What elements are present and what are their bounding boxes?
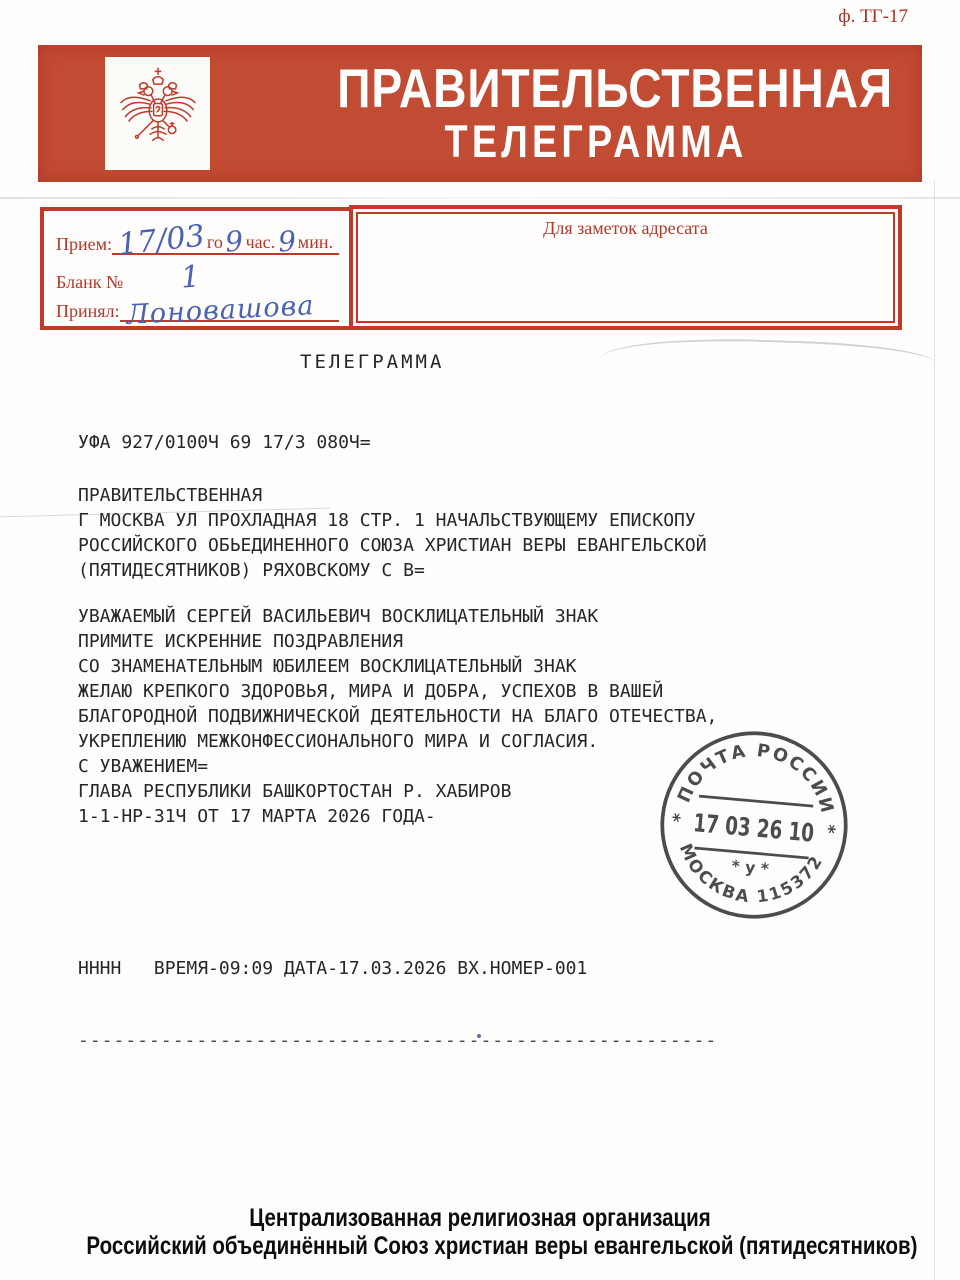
priem-handwritten-date: 17/03 [117, 222, 206, 261]
banner-title-line2: ТЕЛЕГРАММА [337, 117, 854, 167]
organization-footer-line1: Централизованная религиозная организация [86, 1204, 873, 1232]
prinyal-label: Принял: [56, 301, 120, 322]
banner-titles: ПРАВИТЕЛЬСТВЕННАЯ ТЕЛЕГРАММА [337, 59, 854, 167]
hours-label: час. [246, 232, 276, 253]
telegram-body-block: УВАЖАЕМЫЙ СЕРГЕЙ ВАСИЛЬЕВИЧ ВОСКЛИЦАТЕЛЬ… [78, 604, 717, 829]
paper-edge-line [934, 180, 935, 1280]
organization-footer: Централизованная религиозная организация… [86, 1204, 873, 1261]
prinyal-underline: Лоновашова [120, 293, 339, 322]
stamp-index-mark: * у * [731, 856, 770, 878]
emblem-box [105, 57, 210, 170]
header-banner: ПРАВИТЕЛЬСТВЕННАЯ ТЕЛЕГРАММА [38, 45, 922, 182]
go-label: го [207, 232, 223, 253]
addressee-notes-inner-frame: Для заметок адресата [356, 212, 895, 323]
paper-crease-under-box [600, 334, 936, 374]
telegram-text-line: УКРЕПЛЕНИЮ МЕЖКОНФЕССИОНАЛЬНОГО МИРА И С… [78, 729, 717, 754]
organization-footer-line2: Российский объединённый Союз христиан ве… [86, 1232, 873, 1261]
telegram-text-line: УВАЖАЕМЫЙ СЕРГЕЙ ВАСИЛЬЕВИЧ ВОСКЛИЦАТЕЛЬ… [78, 604, 717, 629]
telegram-scan-page: ф. ТГ-17 [0, 0, 960, 1280]
telegram-separator-dashes: ----------------------------------------… [78, 1028, 717, 1053]
telegram-text-line: БЛАГОРОДНОЙ ПОДВИЖНИЧЕСКОЙ ДЕЯТЕЛЬНОСТИ … [78, 704, 717, 729]
telegram-text-line: С УВАЖЕНИЕМ= [78, 754, 717, 779]
blank-handwritten: 1 [180, 262, 201, 293]
telegram-text-line: Г МОСКВА УЛ ПРОХЛАДНАЯ 18 СТР. 1 НАЧАЛЬС… [78, 508, 707, 533]
telegram-address-block: ПРАВИТЕЛЬСТВЕННАЯГ МОСКВА УЛ ПРОХЛАДНАЯ … [78, 483, 707, 583]
addressee-notes-box: Для заметок адресата [349, 205, 902, 330]
minutes-label: мин. [298, 232, 333, 253]
prinyal-row: Принял: Лоновашова [56, 293, 339, 322]
paper-crease-top [0, 197, 960, 199]
blank-label: Бланк № [56, 272, 123, 293]
reception-form-box: Прием: 17/03 го 9 час. 9 мин. Бланк № 1 … [40, 207, 353, 330]
stamp-date: 17 03 26 10 [692, 808, 815, 847]
telegram-text-line: (ПЯТИДЕСЯТНИКОВ) РЯХОВСКОМУ С В= [78, 558, 707, 583]
telegram-footer-line: НННН ВРЕМЯ-09:09 ДАТА-17.03.2026 ВХ.НОМЕ… [78, 956, 587, 981]
prinyal-handwritten-signature: Лоновашова [125, 292, 314, 329]
priem-underline: 17/03 го 9 час. 9 мин. [112, 223, 339, 255]
telegram-text-line: СО ЗНАМЕНАТЕЛЬНЫМ ЮБИЛЕЕМ ВОСКЛИЦАТЕЛЬНЫ… [78, 654, 717, 679]
minutes-handwritten: 9 [277, 227, 297, 256]
form-code-label: ф. ТГ-17 [838, 6, 908, 28]
telegram-text-line: ПРИМИТЕ ИСКРЕННИЕ ПОЗДРАВЛЕНИЯ [78, 629, 717, 654]
postal-stamp: * ПОЧТА РОССИИ * МОСКВА 115372 17 03 26 … [647, 718, 862, 933]
addressee-notes-title: Для заметок адресата [358, 218, 893, 239]
telegram-text-line: ПРАВИТЕЛЬСТВЕННАЯ [78, 483, 707, 508]
telegram-service-line: УФА 927/0100Ч 69 17/3 080Ч= [78, 430, 371, 455]
telegram-text-line: ЖЕЛАЮ КРЕПКОГО ЗДОРОВЬЯ, МИРА И ДОБРА, У… [78, 679, 717, 704]
telegram-text-line: 1-1-НР-31Ч ОТ 17 МАРТА 2026 ГОДА- [78, 804, 717, 829]
hours-handwritten: 9 [225, 227, 245, 256]
blank-row: Бланк № 1 [56, 263, 339, 293]
priem-row: Прием: 17/03 го 9 час. 9 мин. [56, 223, 339, 255]
priem-label: Прием: [56, 234, 112, 255]
russia-coat-of-arms-icon [114, 64, 202, 164]
telegram-text-line: ГЛАВА РЕСПУБЛИКИ БАШКОРТОСТАН Р. ХАБИРОВ [78, 779, 717, 804]
banner-title-line1: ПРАВИТЕЛЬСТВЕННАЯ [337, 59, 854, 117]
telegram-heading: ТЕЛЕГРАММА [300, 350, 444, 375]
telegram-text-line: РОССИЙСКОГО ОБЬЕДИНЕННОГО СОЮЗА ХРИСТИАН… [78, 533, 707, 558]
